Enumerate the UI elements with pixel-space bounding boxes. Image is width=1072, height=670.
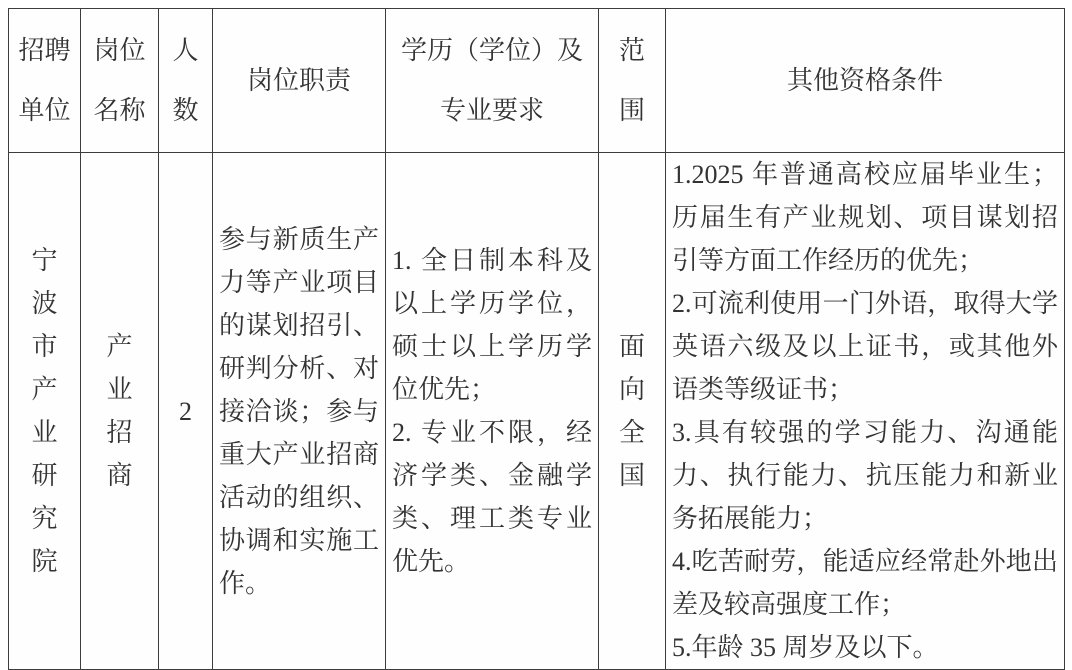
table-header-row: 招聘 单位 岗位 名称 人 数 岗位职责 学历（学位）及 专业要求 范 围 其他… — [9, 9, 1065, 153]
header-cell-recruiting-unit: 招聘 单位 — [9, 9, 81, 153]
header-cell-headcount: 人 数 — [159, 9, 213, 153]
document-page: 招聘 单位 岗位 名称 人 数 岗位职责 学历（学位）及 专业要求 范 围 其他… — [0, 0, 1072, 668]
recruiting-unit-text: 宁波市产业研究院 — [30, 239, 59, 583]
cell-scope: 面向全国 — [599, 153, 666, 670]
header-cell-other-qualifications: 其他资格条件 — [666, 9, 1065, 153]
header-cell-education-requirements: 学历（学位）及 专业要求 — [386, 9, 599, 153]
header-cell-job-duties: 岗位职责 — [213, 9, 386, 153]
table-row: 宁波市产业研究院 产业招商 2 参与新质生产力等产业项目的谋划招引、研判分析、对… — [9, 153, 1065, 670]
header-cell-scope: 范 围 — [599, 9, 666, 153]
cell-job-duties: 参与新质生产力等产业项目的谋划招引、研判分析、对接洽谈；参与重大产业招商活动的组… — [213, 153, 386, 670]
other-qualifications-text: 1.2025 年普通高校应届毕业生；历届生有产业规划、项目谋划招引等方面工作经历… — [672, 153, 1058, 669]
recruitment-table: 招聘 单位 岗位 名称 人 数 岗位职责 学历（学位）及 专业要求 范 围 其他… — [8, 8, 1065, 670]
cell-other-qualifications: 1.2025 年普通高校应届毕业生；历届生有产业规划、项目谋划招引等方面工作经历… — [666, 153, 1065, 670]
position-name-text: 产业招商 — [105, 325, 134, 497]
header-cell-position-name: 岗位 名称 — [81, 9, 159, 153]
cell-recruiting-unit: 宁波市产业研究院 — [9, 153, 81, 670]
job-duties-text: 参与新质生产力等产业项目的谋划招引、研判分析、对接洽谈；参与重大产业招商活动的组… — [219, 218, 379, 605]
cell-headcount: 2 — [159, 153, 213, 670]
scope-text: 面向全国 — [618, 325, 647, 497]
education-requirements-text: 1. 全日制本科及以上学历学位，硕士以上学历学位优先； 2. 专业不限，经济学类… — [392, 239, 592, 583]
cell-position-name: 产业招商 — [81, 153, 159, 670]
cell-education-requirements: 1. 全日制本科及以上学历学位，硕士以上学历学位优先； 2. 专业不限，经济学类… — [386, 153, 599, 670]
